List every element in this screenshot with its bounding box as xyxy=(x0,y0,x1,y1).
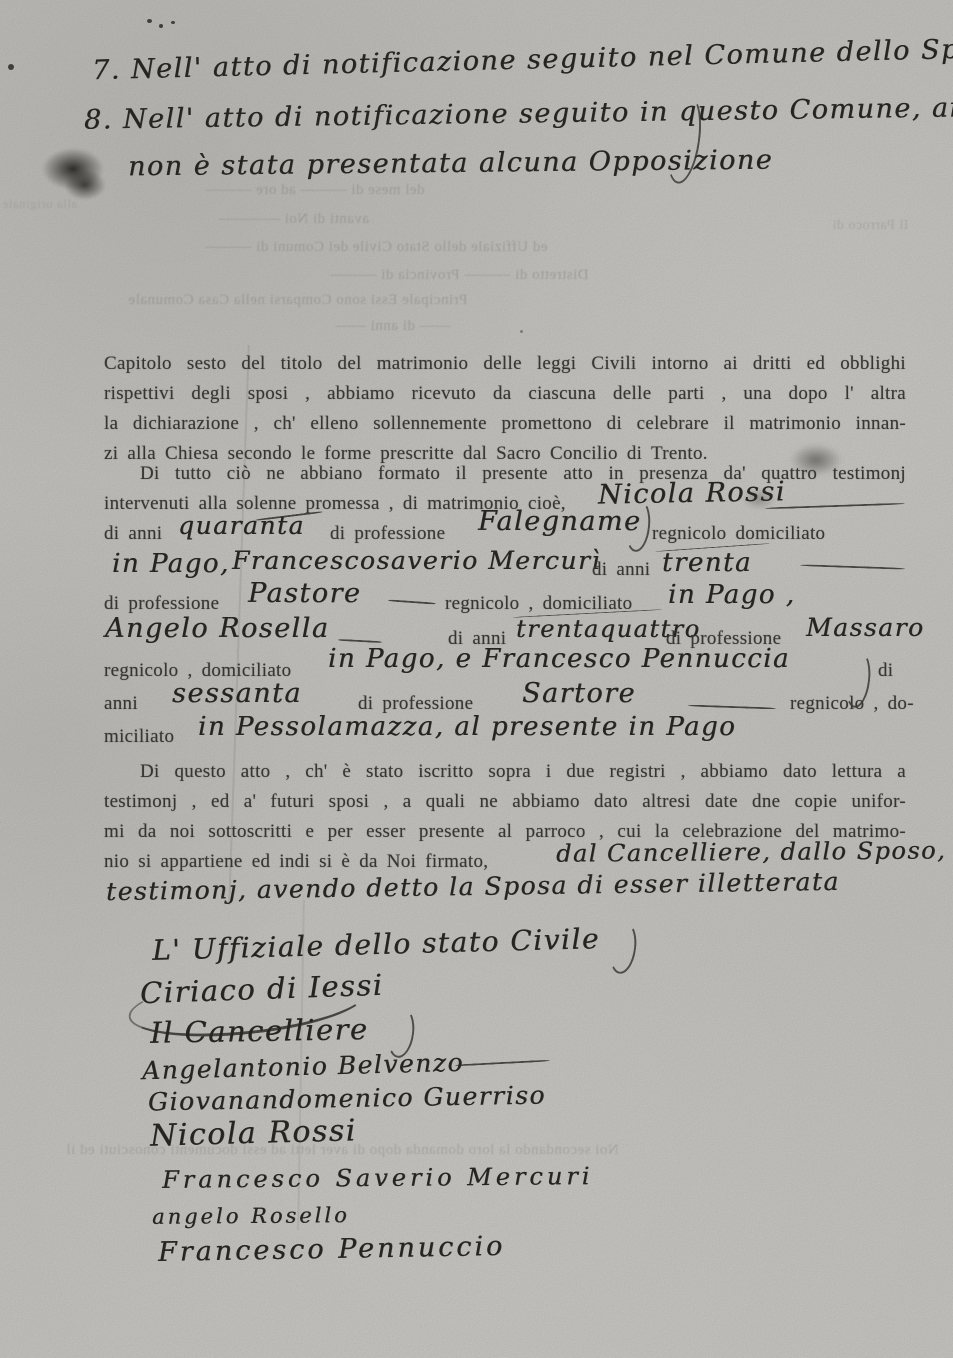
handwritten-witness1-domicile: in Pago, xyxy=(112,549,230,579)
printed-line: Di questo atto , ch' è stato iscritto so… xyxy=(140,758,906,786)
handwritten-witness3-name: Angelo Rosella xyxy=(105,613,329,644)
bleedthrough-fragment: alla originale xyxy=(2,196,77,212)
handwritten-witness3-domicile-witness4-name: in Pago, e Francesco Pennuccia xyxy=(328,644,790,674)
signature-witness: Giovanandomenico Guerriso xyxy=(148,1081,546,1117)
signature-chancellor-name: Angelantonio Belvenzo xyxy=(142,1048,465,1085)
handwritten-witness1-profession: Falegname xyxy=(478,506,641,537)
handwritten-witness4-domicile: in Pessolamazza, al presente in Pago xyxy=(198,712,736,742)
scanned-document-page: del mese di ——— ad ore ——— avanti di Noi… xyxy=(0,0,953,1358)
pen-flourish xyxy=(607,920,640,975)
handwritten-witness2-profession: Pastore xyxy=(248,578,361,609)
signature-witness: Francesco Pennuccio xyxy=(158,1231,506,1268)
printed-label: regnicolo domiciliato xyxy=(652,520,825,548)
signature-witness: Francesco Saverio Mercuri xyxy=(162,1162,594,1194)
printed-line: testimonj , ed a' futuri sposi , a quali… xyxy=(104,788,906,816)
signature-witness: angelo Rosello xyxy=(152,1203,350,1229)
printed-label: regnicolo , do- xyxy=(790,690,914,718)
printed-line: rispettivi degli sposi , abbiamo ricevut… xyxy=(104,380,906,408)
ink-speck xyxy=(147,19,152,23)
ink-speck xyxy=(520,330,523,333)
ink-speck xyxy=(159,24,163,28)
bleedthrough-fragment: Il Parroco di xyxy=(832,218,908,234)
signature-official-title: L' Uffiziale dello stato Civile xyxy=(152,922,601,967)
ink-speck xyxy=(8,64,14,70)
pen-dash xyxy=(338,639,382,643)
handwritten-note-7: 7. Nell' atto di notificazione seguito n… xyxy=(92,33,953,86)
pen-dash xyxy=(455,1060,550,1067)
handwritten-witness2-domicile: in Pago , xyxy=(668,580,795,610)
printed-label: anni xyxy=(104,690,138,718)
handwritten-witness2-name: Francescosaverio Mercurì xyxy=(232,546,601,575)
handwritten-witness2-age: trenta xyxy=(662,548,752,578)
pen-dash xyxy=(800,564,905,570)
printed-line: la dichiarazione , ch' elleno sollenneme… xyxy=(104,410,906,438)
bleedthrough-line: del mese di ——— ad ore ——— xyxy=(205,182,425,199)
pen-dash xyxy=(388,599,436,604)
signature-witness: Nicola Rossi xyxy=(150,1113,358,1153)
printed-label: regnicolo , domiciliato xyxy=(445,590,632,618)
printed-label: miciliato xyxy=(104,723,174,751)
bleedthrough-line: avanti di Noi ———— xyxy=(218,211,369,228)
handwritten-note-8: 8. Nell' atto di notificazione seguito i… xyxy=(84,91,953,135)
signature-chancellor-title: Il Cancelliere xyxy=(150,1012,369,1050)
printed-label: di xyxy=(878,657,893,685)
handwritten-witness4-profession: Sartore xyxy=(522,678,636,709)
bleedthrough-line: ed Uffiziale dello Stato Civile dei Comu… xyxy=(205,239,548,256)
printed-label: di anni xyxy=(592,556,650,584)
ink-smudge xyxy=(790,444,842,476)
ink-blot xyxy=(64,170,106,200)
pen-dash xyxy=(688,704,776,709)
bleedthrough-line: Distretto di ——— Provincia di ——— xyxy=(330,267,589,284)
bleedthrough-line: Principale Essi sono Comparsi nella Casa… xyxy=(128,292,467,309)
printed-line: Capitolo sesto del titolo del matrimonio… xyxy=(104,350,906,378)
handwritten-signers-list: dal Cancelliere, dallo Sposo, e xyxy=(556,836,953,868)
handwritten-witness3-profession: Massaro xyxy=(806,613,925,642)
ink-smudge xyxy=(742,488,776,510)
bleedthrough-line: —— di anni —— xyxy=(335,318,450,335)
printed-label: di professione xyxy=(330,520,445,548)
printed-label: di anni xyxy=(104,520,162,548)
ink-speck xyxy=(171,21,175,24)
